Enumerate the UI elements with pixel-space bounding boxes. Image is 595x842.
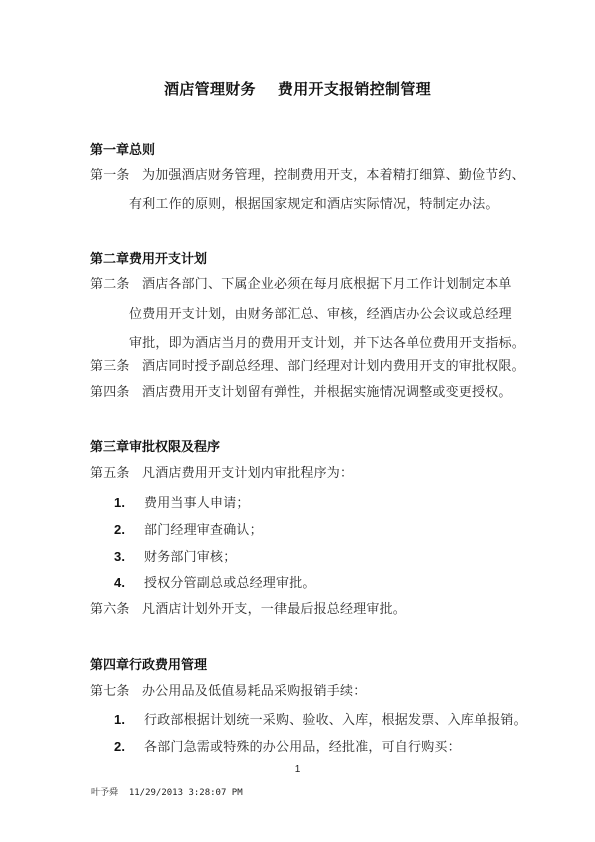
article-label: 第六条 xyxy=(90,598,142,617)
chapter-heading: 第二章费用开支计划 xyxy=(90,248,207,267)
document-title: 酒店管理财务 费用开支报销控制管理 xyxy=(0,78,595,99)
article-text: 酒店同时授予副总经理、部门经理对计划内费用开支的审批权限。 xyxy=(142,359,525,374)
footer-author-timestamp: 叶予舜 11/29/2013 3:28:07 PM xyxy=(91,785,243,798)
article-line: 有利工作的原则，根据国家规定和酒店实际情况，特制定办法。 xyxy=(129,193,499,212)
article-label: 第四条 xyxy=(90,381,142,400)
list-item: 3.财务部门审核； xyxy=(114,546,236,565)
list-number: 4. xyxy=(114,575,144,590)
article-label: 第三条 xyxy=(90,355,142,374)
list-number: 2. xyxy=(114,739,144,754)
list-text: 各部门急需或特殊的办公用品，经批准，可自行购买： xyxy=(144,740,461,755)
article-line: 位费用开支计划，由财务部汇总、审核，经酒店办公会议或总经理 xyxy=(129,303,512,322)
chapter-heading: 第四章行政费用管理 xyxy=(90,654,207,673)
page-number: 1 xyxy=(0,764,595,775)
list-item: 4.授权分管副总或总经理审批。 xyxy=(114,572,316,591)
article-line: 第五条凡酒店费用开支计划内审批程序为： xyxy=(90,462,353,481)
article-text: 酒店各部门、下属企业必须在每月底根据下月工作计划制定本单 xyxy=(142,277,512,292)
article-line: 第四条酒店费用开支计划留有弹性，并根据实施情况调整或变更授权。 xyxy=(90,381,512,400)
list-item: 2.部门经理审查确认； xyxy=(114,519,263,538)
list-text: 财务部门审核； xyxy=(144,550,236,565)
article-label: 第五条 xyxy=(90,462,142,481)
article-text: 凡酒店费用开支计划内审批程序为： xyxy=(142,466,353,481)
article-text: 为加强酒店财务管理，控制费用开支，本着精打细算、勤俭节约、 xyxy=(142,168,525,183)
chapter-heading: 第一章总则 xyxy=(90,139,155,158)
list-number: 1. xyxy=(114,712,144,727)
document-page: 酒店管理财务 费用开支报销控制管理 第一章总则 第一条为加强酒店财务管理，控制费… xyxy=(0,0,595,842)
list-number: 2. xyxy=(114,522,144,537)
article-line: 第二条酒店各部门、下属企业必须在每月底根据下月工作计划制定本单 xyxy=(90,273,512,292)
list-text: 部门经理审查确认； xyxy=(144,523,263,538)
article-line: 第七条办公用品及低值易耗品采购报销手续： xyxy=(90,680,366,699)
article-text: 办公用品及低值易耗品采购报销手续： xyxy=(142,684,366,699)
article-label: 第二条 xyxy=(90,273,142,292)
article-line: 第六条凡酒店计划外开支，一律最后报总经理审批。 xyxy=(90,598,406,617)
chapter-heading: 第三章审批权限及程序 xyxy=(90,436,220,455)
list-number: 1. xyxy=(114,495,144,510)
list-item: 2.各部门急需或特殊的办公用品，经批准，可自行购买： xyxy=(114,736,461,755)
list-text: 授权分管副总或总经理审批。 xyxy=(144,576,316,591)
article-label: 第七条 xyxy=(90,680,142,699)
list-text: 费用当事人申请； xyxy=(144,496,250,511)
article-line: 审批，即为酒店当月的费用开支计划，并下达各单位费用开支指标。 xyxy=(129,332,525,351)
article-line: 第一条为加强酒店财务管理，控制费用开支，本着精打细算、勤俭节约、 xyxy=(90,164,525,183)
article-label: 第一条 xyxy=(90,164,142,183)
list-number: 3. xyxy=(114,549,144,564)
list-item: 1.费用当事人申请； xyxy=(114,492,250,511)
article-line: 第三条酒店同时授予副总经理、部门经理对计划内费用开支的审批权限。 xyxy=(90,355,525,374)
article-text: 凡酒店计划外开支，一律最后报总经理审批。 xyxy=(142,602,406,617)
article-text: 酒店费用开支计划留有弹性，并根据实施情况调整或变更授权。 xyxy=(142,385,512,400)
list-item: 1.行政部根据计划统一采购、验收、入库，根据发票、入库单报销。 xyxy=(114,709,527,728)
list-text: 行政部根据计划统一采购、验收、入库，根据发票、入库单报销。 xyxy=(144,713,527,728)
